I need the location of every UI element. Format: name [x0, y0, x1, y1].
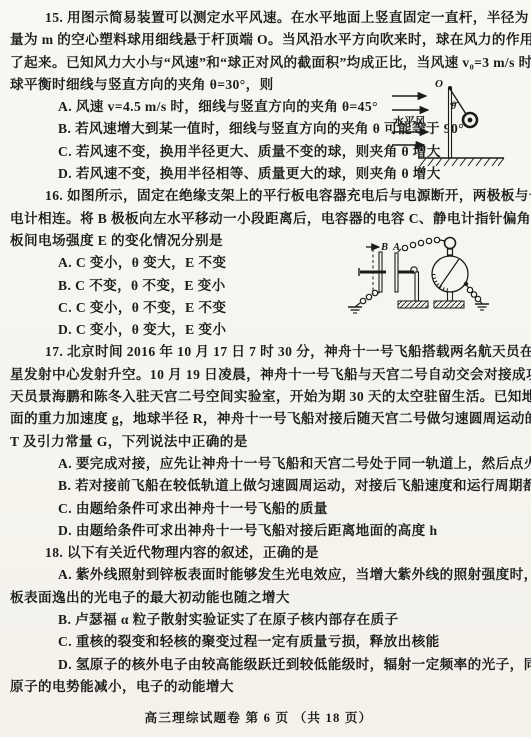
wire-coil-left	[355, 290, 380, 307]
q17-stem-line: 17. 北京时间 2016 年 10 月 17 日 7 时 30 分，神舟十一号…	[10, 341, 507, 363]
wind-ball-diagram: 水平风 O θ	[388, 76, 528, 172]
ground-symbol-right	[475, 304, 489, 310]
wind-label: 水平风	[393, 114, 427, 128]
angle-label: θ	[451, 101, 457, 112]
q18-option-a: A. 紫外线照射到锌板表面时能够发生光电效应，当增大紫外线的照射强度时，从锌	[10, 564, 507, 586]
capacitor-electrometer-diagram: B A	[335, 228, 527, 320]
q18-option-d: D. 氢原子的核外电子由较高能级跃迁到较低能级时，辐射一定频率的光子，同时氢	[10, 654, 507, 676]
electrometer-stand	[448, 292, 453, 301]
plate-a	[395, 253, 398, 292]
q18-option-b: B. 卢瑟福 α 粒子散射实验证实了在原子核内部存在质子	[10, 609, 507, 631]
q18-option-d-cont: 原子的电势能减小，电子的动能增大	[10, 676, 507, 698]
page-footer: 高三理综试题卷 第 6 页 （共 18 页）	[10, 707, 507, 726]
q16-option-d: D. C 变小，θ 变大，E 变小	[10, 319, 507, 341]
q17-option-d: D. 由题给条件可求出神舟十一号飞船对接后距离地面的高度 h	[10, 520, 507, 542]
insulating-post	[415, 272, 419, 301]
stand-base-a	[398, 301, 428, 308]
exam-page: 15. 用图示简易装置可以测定水平风速。在水平地面上竖直固定一直杆，半径为 R、…	[0, 0, 531, 737]
pole	[449, 88, 452, 158]
ball-center	[468, 118, 473, 123]
wire-coil-top	[398, 237, 445, 252]
q17-option-b: B. 若对接前飞船在较低轨道上做匀速圆周运动，对接后飞船速度和运行周期都增大	[10, 475, 507, 497]
binding-post	[464, 282, 468, 286]
q17-stem-line: T 及引力常量 G，下列说法中正确的是	[10, 431, 507, 453]
q17-option-c: C. 由题给条件可求出神舟十一号飞船的质量	[10, 498, 507, 520]
q16-stem-line: 电计相连。将 B 极板向左水平移动一小段距离后，电容器的电容 C、静电计指针偏角…	[10, 208, 507, 230]
q18-option-a-cont: 板表面逸出的光电子的最大初动能也随之增大	[10, 587, 507, 609]
q17-stem-line: 天员景海鹏和陈冬入驻天宫二号空间实验室，开始为期 30 天的太空驻留生活。已知地…	[10, 386, 507, 408]
q16-stem-line: 16. 如图所示，固定在绝缘支架上的平行板电容器充电后与电源断开，两极板与一个静	[10, 185, 507, 207]
question-18: 18. 以下有关近代物理内容的叙述，正确的是 A. 紫外线照射到锌板表面时能够发…	[10, 542, 507, 698]
point-o-label: O	[435, 78, 443, 90]
electrometer-body	[432, 256, 468, 292]
wire-coil-right	[467, 286, 482, 304]
electrometer-ball	[445, 238, 456, 249]
ground-hatching	[420, 158, 504, 166]
q17-option-a: A. 要完成对接，应先让神舟十一号飞船和天宫二号处于同一轨道上，然后点火加速	[10, 453, 507, 475]
electrometer-stem	[448, 249, 453, 255]
q15-stem-line: 了起来。已知风力大小与“风速”和“球正对风的截面积”均成正比，当风速 v₀=3 …	[10, 52, 507, 74]
q17-stem-line: 面的重力加速度 g，地球半径 R，神舟十一号飞船对接后随天宫二号做匀速圆周运动的…	[10, 408, 507, 430]
q18-option-c: C. 重核的裂变和轻核的聚变过程一定有质量亏损，释放出核能	[10, 631, 507, 653]
ground-symbol-left	[348, 307, 362, 313]
plate-b-label: B	[380, 242, 388, 253]
q18-stem-line: 18. 以下有关近代物理内容的叙述，正确的是	[10, 542, 507, 564]
electrometer-needle	[439, 259, 459, 288]
stand-base-electrometer	[434, 301, 464, 308]
q15-stem-line: 15. 用图示简易装置可以测定水平风速。在水平地面上竖直固定一直杆，半径为 R、…	[10, 7, 507, 29]
question-17: 17. 北京时间 2016 年 10 月 17 日 7 时 30 分，神舟十一号…	[10, 341, 507, 542]
q15-stem-line: 量为 m 的空心塑料球用细线悬于杆顶端 O。当风沿水平方向吹来时，球在风力的作用…	[10, 29, 507, 51]
q17-stem-line: 星发射中心发射升空。10 月 19 日凌晨，神舟十一号飞船与天宫二号自动交会对接…	[10, 364, 507, 386]
